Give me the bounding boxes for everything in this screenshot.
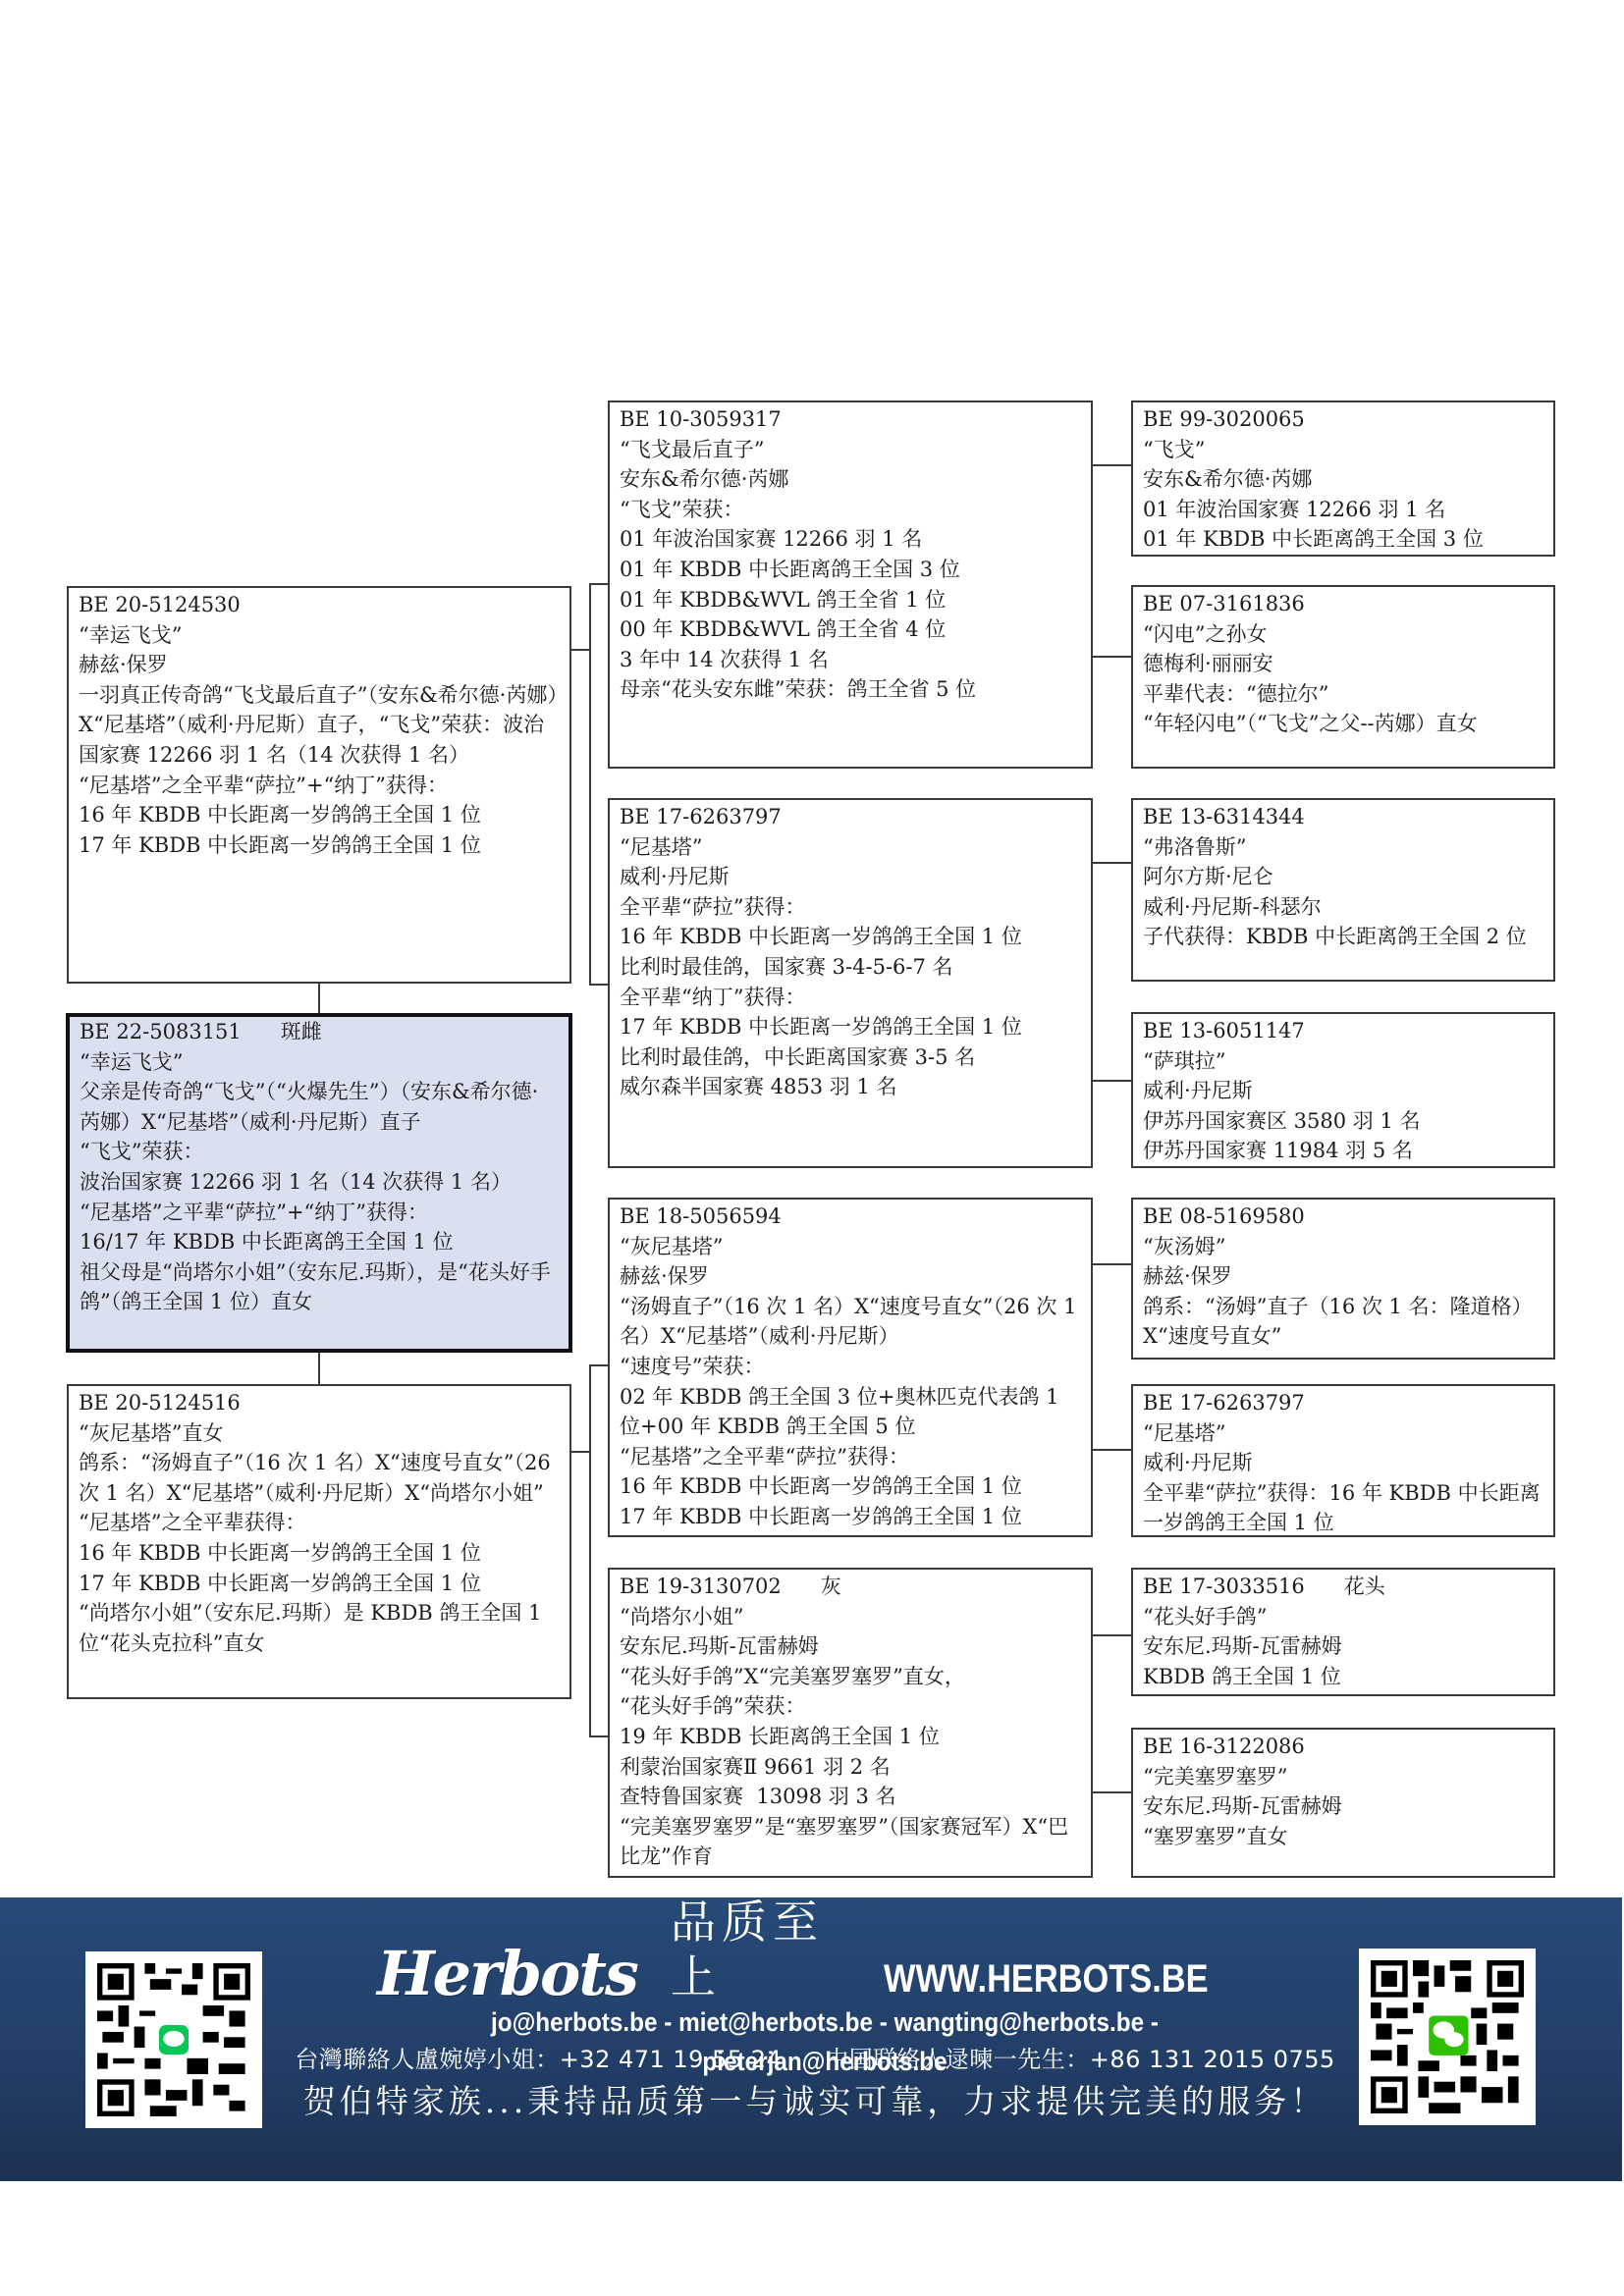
- connector-line: [1093, 1080, 1131, 1082]
- plumage-color: 斑雌: [281, 1020, 322, 1043]
- pedigree-detail: “飞戈”荣获：: [620, 495, 1081, 525]
- pedigree-detail: “尼基塔”之全平辈“萨拉”获得：: [620, 1442, 1081, 1472]
- ring-number-line: BE 17-6263797: [620, 802, 1081, 832]
- subject-pigeon-card: BE 22-5083151斑雌“幸运飞戈”父亲是传奇鸽“飞戈”（“火爆先生”）（…: [66, 1013, 572, 1353]
- pedigree-detail: 17 年 KBDB 中长距离一岁鸽鸽王全国 1 位: [79, 1569, 560, 1599]
- pedigree-detail: 安东&希尔德·芮娜: [620, 464, 1081, 495]
- pedigree-detail: 安东尼.玛斯-瓦雷赫姆: [1143, 1791, 1543, 1822]
- pedigree-detail: 威利·丹尼斯: [1143, 1076, 1543, 1106]
- grandparent-card-sire-sire: BE 10-3059317“飞戈最后直子”安东&希尔德·芮娜“飞戈”荣获：01 …: [608, 400, 1093, 769]
- pedigree-detail: “年轻闪电”（“飞戈”之父--芮娜）直女: [1143, 709, 1543, 739]
- pedigree-detail: “尼基塔”之全平辈“萨拉”+“纳丁”获得：: [79, 771, 560, 801]
- ring-number: BE 08-5169580: [1143, 1204, 1305, 1228]
- pedigree-detail: 01 年 KBDB&WVL 鸽王全省 1 位: [620, 585, 1081, 615]
- pedigree-detail: 全平辈“萨拉”获得：: [620, 892, 1081, 923]
- great-grandparent-card-8: BE 16-3122086“完美塞罗塞罗”安东尼.玛斯-瓦雷赫姆“塞罗塞罗”直女: [1131, 1728, 1555, 1878]
- connector-line: [589, 984, 608, 986]
- pedigree-detail: KBDB 鸽王全国 1 位: [1143, 1662, 1543, 1692]
- pedigree-detail: 鸽系：“汤姆直子”（16 次 1 名）X“速度号直女”（26 次 1 名）X“尼…: [79, 1448, 560, 1508]
- contact-phones: 台灣聯絡人盧婉婷小姐：+32 471 19 55 24 中国联络人逯暕一先生：+…: [285, 2042, 1345, 2077]
- ring-number-line: BE 16-3122086: [1143, 1732, 1543, 1762]
- pigeon-name: “灰尼基塔”直女: [79, 1418, 560, 1449]
- great-grandparent-card-3: BE 13-6314344“弗洛鲁斯”阿尔方斯·尼仑威利·丹尼斯-科瑟尔子代获得…: [1131, 798, 1555, 982]
- pigeon-name: “尚塔尔小姐”: [620, 1602, 1081, 1632]
- brand-header: Herbots 品质至上 WWW.HERBOTS.BE: [377, 1936, 1261, 2004]
- pedigree-detail: 威尔森半国家赛 4853 羽 1 名: [620, 1072, 1081, 1102]
- connector-line: [589, 583, 591, 986]
- ring-number-line: BE 19-3130702灰: [620, 1572, 1081, 1602]
- pedigree-detail: “飞戈”荣获：: [80, 1137, 559, 1167]
- pedigree-detail: 威利·丹尼斯: [1143, 1448, 1543, 1478]
- pigeon-name: “灰尼基塔”: [620, 1232, 1081, 1262]
- pedigree-detail: 祖父母是“尚塔尔小姐”（安东尼.玛斯），是“花头好手鸽”（鸽王全国 1 位）直女: [80, 1257, 559, 1317]
- pedigree-detail: 16 年 KBDB 中长距离一岁鸽鸽王全国 1 位: [79, 1538, 560, 1569]
- ring-number: BE 13-6051147: [1143, 1019, 1305, 1042]
- pigeon-name: “萨琪拉”: [1143, 1046, 1543, 1077]
- pedigree-detail: 比利时最佳鸽，中长距离国家赛 3-5 名: [620, 1042, 1081, 1073]
- ring-number: BE 19-3130702: [620, 1575, 782, 1598]
- ring-number: BE 20-5124530: [79, 593, 241, 616]
- pedigree-detail: “速度号”荣获：: [620, 1352, 1081, 1382]
- website-link[interactable]: WWW.HERBOTS.BE: [884, 1953, 1209, 2004]
- grandparent-card-dam-sire: BE 18-5056594“灰尼基塔”赫兹·保罗“汤姆直子”（16 次 1 名）…: [608, 1198, 1093, 1537]
- pigeon-name: “飞戈”: [1143, 435, 1543, 465]
- pedigree-detail: 16 年 KBDB 中长距离一岁鸽鸽王全国 1 位: [620, 922, 1081, 952]
- ring-number-line: BE 20-5124530: [79, 590, 560, 620]
- connector-line: [1093, 656, 1131, 658]
- pedigree-detail: “花头好手鸽”荣获：: [620, 1691, 1081, 1722]
- great-grandparent-card-6: BE 17-6263797“尼基塔”威利·丹尼斯全平辈“萨拉”获得：16 年 K…: [1131, 1384, 1555, 1537]
- sire-card: BE 20-5124530“幸运飞戈”赫兹·保罗一羽真正传奇鸽“飞戈最后直子”（…: [67, 586, 571, 984]
- pedigree-detail: “完美塞罗塞罗”是“塞罗塞罗”（国家赛冠军）X“巴比龙”作育: [620, 1812, 1081, 1872]
- dam-card: BE 20-5124516“灰尼基塔”直女鸽系：“汤姆直子”（16 次 1 名）…: [67, 1384, 571, 1699]
- pedigree-detail: 德梅利·丽丽安: [1143, 649, 1543, 679]
- pedigree-detail: 01 年波治国家赛 12266 羽 1 名: [620, 524, 1081, 555]
- great-grandparent-card-5: BE 08-5169580“灰汤姆”赫兹·保罗鸽系：“汤姆”直子（16 次 1 …: [1131, 1198, 1555, 1360]
- pedigree-detail: 安东尼.玛斯-瓦雷赫姆: [620, 1631, 1081, 1662]
- pigeon-name: “尼基塔”: [1143, 1418, 1543, 1449]
- ring-number-line: BE 17-3033516花头: [1143, 1572, 1543, 1602]
- ring-number: BE 20-5124516: [79, 1391, 241, 1415]
- pedigree-detail: 阿尔方斯·尼仑: [1143, 862, 1543, 892]
- great-grandparent-card-4: BE 13-6051147“萨琪拉”威利·丹尼斯伊苏丹国家赛区 3580 羽 1…: [1131, 1012, 1555, 1168]
- connector-line: [318, 984, 320, 1013]
- ring-number-line: BE 13-6051147: [1143, 1016, 1543, 1046]
- pedigree-detail: 子代获得：KBDB 中长距离鸽王全国 2 位: [1143, 922, 1543, 952]
- ring-number: BE 13-6314344: [1143, 805, 1305, 828]
- line-qr-code[interactable]: [85, 1951, 262, 2128]
- pigeon-name: “灰汤姆”: [1143, 1232, 1543, 1262]
- pedigree-detail: 全平辈“萨拉”获得：16 年 KBDB 中长距离一岁鸽鸽王全国 1 位: [1143, 1478, 1543, 1537]
- pedigree-detail: 鸽系：“汤姆”直子（16 次 1 名：隆道格）X“速度号直女”: [1143, 1292, 1543, 1352]
- pedigree-detail: “尼基塔”之平辈“萨拉”+“纳丁”获得：: [80, 1198, 559, 1228]
- pedigree-detail: 16/17 年 KBDB 中长距离鸽王全国 1 位: [80, 1227, 559, 1257]
- plumage-color: 花头: [1344, 1575, 1385, 1598]
- brand-slogan: 品质至上: [671, 1895, 854, 2004]
- connector-line: [571, 1451, 590, 1453]
- connector-line: [589, 583, 608, 585]
- pedigree-detail: 3 年中 14 次获得 1 名: [620, 645, 1081, 675]
- grandparent-card-sire-dam: BE 17-6263797“尼基塔”威利·丹尼斯全平辈“萨拉”获得：16 年 K…: [608, 798, 1093, 1168]
- pedigree-detail: 01 年 KBDB 中长距离鸽王全国 3 位: [1143, 524, 1543, 555]
- pedigree-detail: 威利·丹尼斯: [620, 862, 1081, 892]
- pedigree-detail: 威利·丹尼斯-科瑟尔: [1143, 892, 1543, 923]
- pigeon-name: “幸运飞戈”: [79, 620, 560, 651]
- ring-number-line: BE 22-5083151斑雌: [80, 1017, 559, 1047]
- pedigree-detail: 02 年 KBDB 鸽王全国 3 位+奥林匹克代表鸽 1 位+00 年 KBDB…: [620, 1382, 1081, 1442]
- pedigree-detail: 安东尼.玛斯-瓦雷赫姆: [1143, 1631, 1543, 1662]
- pedigree-detail: 19 年 KBDB 长距离鸽王全国 1 位: [620, 1722, 1081, 1752]
- connector-line: [589, 1364, 608, 1366]
- pedigree-detail: 赫兹·保罗: [620, 1261, 1081, 1292]
- ring-number-line: BE 07-3161836: [1143, 589, 1543, 619]
- pedigree-detail: 母亲“花头安东雌”荣获：鸽王全省 5 位: [620, 674, 1081, 705]
- qr-code-pattern: [97, 1963, 250, 2116]
- pedigree-detail: 利蒙治国家赛Ⅱ 9661 羽 2 名: [620, 1752, 1081, 1783]
- pedigree-detail: 安东&希尔德·芮娜: [1143, 464, 1543, 495]
- pedigree-detail: 17 年 KBDB 中长距离一岁鸽鸽王全国 1 位: [79, 830, 560, 861]
- connector-line: [571, 649, 590, 651]
- ring-number: BE 22-5083151: [80, 1020, 242, 1043]
- pedigree-detail: 波治国家赛 12266 羽 1 名（14 次获得 1 名）: [80, 1167, 559, 1198]
- ring-number-line: BE 13-6314344: [1143, 802, 1543, 832]
- ring-number-line: BE 08-5169580: [1143, 1201, 1543, 1232]
- pedigree-detail: 赫兹·保罗: [1143, 1261, 1543, 1292]
- ring-number-line: BE 17-6263797: [1143, 1388, 1543, 1418]
- great-grandparent-card-1: BE 99-3020065“飞戈”安东&希尔德·芮娜01 年波治国家赛 1226…: [1131, 400, 1555, 557]
- ring-number: BE 99-3020065: [1143, 407, 1305, 431]
- pedigree-detail: 一羽真正传奇鸽“飞戈最后直子”（安东&希尔德·芮娜）X“尼基塔”（威利·丹尼斯）…: [79, 680, 560, 771]
- pigeon-name: “花头好手鸽”: [1143, 1602, 1543, 1632]
- pedigree-detail: “尚塔尔小姐”（安东尼.玛斯）是 KBDB 鸽王全国 1 位“花头克拉科”直女: [79, 1598, 560, 1658]
- pedigree-detail: “尼基塔”之全平辈获得：: [79, 1508, 560, 1538]
- pedigree-detail: 全平辈“纳丁”获得：: [620, 983, 1081, 1013]
- connector-line: [1093, 464, 1131, 466]
- connector-line: [589, 1735, 608, 1737]
- pedigree-detail: 16 年 KBDB 中长距离一岁鸽鸽王全国 1 位: [620, 1471, 1081, 1502]
- pedigree-detail: “汤姆直子”（16 次 1 名）X“速度号直女”（26 次 1 名）X“尼基塔”…: [620, 1292, 1081, 1352]
- ring-number: BE 17-6263797: [1143, 1391, 1305, 1415]
- qr-code-pattern: [1371, 1960, 1524, 2113]
- wechat-qr-code[interactable]: [1359, 1949, 1536, 2125]
- pedigree-detail: 平辈代表：“德拉尔”: [1143, 679, 1543, 710]
- ring-number-line: BE 20-5124516: [79, 1388, 560, 1418]
- ring-number: BE 10-3059317: [620, 407, 782, 431]
- pedigree-detail: “花头好手鸽”X“完美塞罗塞罗”直女，: [620, 1662, 1081, 1692]
- pedigree-detail: 赫兹·保罗: [79, 650, 560, 680]
- contact-taiwan: 台灣聯絡人盧婉婷小姐：+32 471 19 55 24: [295, 2042, 782, 2077]
- pigeon-name: “幸运飞戈”: [80, 1047, 559, 1078]
- pedigree-detail: 伊苏丹国家赛 11984 羽 5 名: [1143, 1136, 1543, 1166]
- great-grandparent-card-7: BE 17-3033516花头“花头好手鸽”安东尼.玛斯-瓦雷赫姆KBDB 鸽王…: [1131, 1568, 1555, 1696]
- pedigree-detail: 查特鲁国家赛 13098 羽 3 名: [620, 1782, 1081, 1812]
- company-motto: 贺伯特家族...秉持品质第一与诚实可靠，力求提供完美的服务！: [285, 2079, 1345, 2124]
- great-grandparent-card-2: BE 07-3161836“闪电”之孙女德梅利·丽丽安平辈代表：“德拉尔”“年轻…: [1131, 585, 1555, 769]
- pedigree-detail: 16 年 KBDB 中长距离一岁鸽鸽王全国 1 位: [79, 800, 560, 830]
- ring-number: BE 17-6263797: [620, 805, 782, 828]
- contact-china: 中国联络人逯暕一先生：+86 131 2015 0755: [825, 2042, 1335, 2077]
- pedigree-detail: 17 年 KBDB 中长距离一岁鸽鸽王全国 1 位: [620, 1012, 1081, 1042]
- connector-line: [1093, 862, 1131, 864]
- ring-number-line: BE 99-3020065: [1143, 404, 1543, 435]
- ring-number: BE 17-3033516: [1143, 1575, 1305, 1598]
- pedigree-detail: 01 年 KBDB 中长距离鸽王全国 3 位: [620, 555, 1081, 585]
- connector-line: [318, 1353, 320, 1384]
- pigeon-name: “闪电”之孙女: [1143, 619, 1543, 650]
- pedigree-detail: 伊苏丹国家赛区 3580 羽 1 名: [1143, 1106, 1543, 1137]
- pedigree-detail: 17 年 KBDB 中长距离一岁鸽鸽王全国 1 位: [620, 1502, 1081, 1532]
- ring-number: BE 07-3161836: [1143, 592, 1305, 615]
- grandparent-card-dam-dam: BE 19-3130702灰“尚塔尔小姐”安东尼.玛斯-瓦雷赫姆“花头好手鸽”X…: [608, 1568, 1093, 1878]
- ring-number-line: BE 10-3059317: [620, 404, 1081, 435]
- connector-line: [1093, 1263, 1131, 1265]
- plumage-color: 灰: [821, 1575, 841, 1598]
- connector-line: [1093, 1791, 1131, 1793]
- ring-number-line: BE 18-5056594: [620, 1201, 1081, 1232]
- pigeon-name: “完美塞罗塞罗”: [1143, 1762, 1543, 1792]
- pedigree-detail: 00 年 KBDB&WVL 鸽王全省 4 位: [620, 614, 1081, 645]
- connector-line: [1093, 1449, 1131, 1451]
- ring-number: BE 18-5056594: [620, 1204, 782, 1228]
- pedigree-detail: 父亲是传奇鸽“飞戈”（“火爆先生”）（安东&希尔德·芮娜）X“尼基塔”（威利·丹…: [80, 1077, 559, 1137]
- pedigree-detail: “塞罗塞罗”直女: [1143, 1822, 1543, 1852]
- pigeon-name: “弗洛鲁斯”: [1143, 832, 1543, 863]
- pedigree-detail: 01 年波治国家赛 12266 羽 1 名: [1143, 495, 1543, 525]
- herbots-logo: Herbots: [377, 1944, 637, 2004]
- pigeon-name: “飞戈最后直子”: [620, 435, 1081, 465]
- connector-line: [1093, 1634, 1131, 1636]
- pigeon-name: “尼基塔”: [620, 832, 1081, 863]
- ring-number: BE 16-3122086: [1143, 1735, 1305, 1758]
- pedigree-detail: 比利时最佳鸽，国家赛 3-4-5-6-7 名: [620, 952, 1081, 983]
- connector-line: [589, 1364, 591, 1737]
